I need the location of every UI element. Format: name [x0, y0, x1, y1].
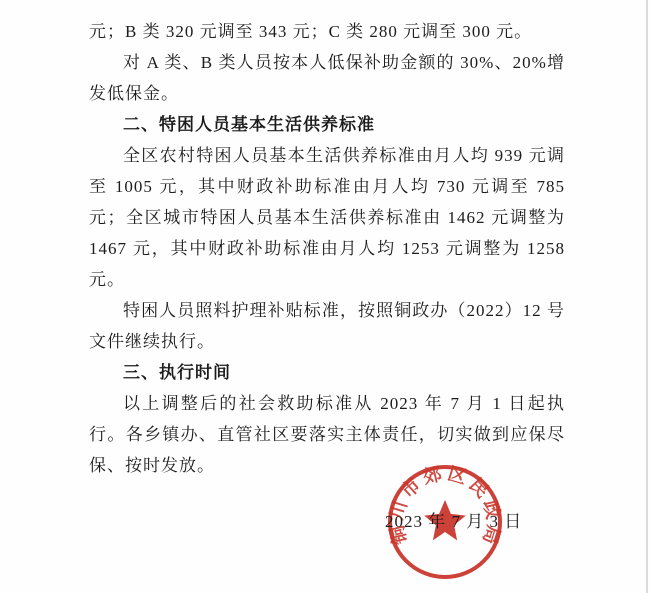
document-paragraph: 以上调整后的社会救助标准从 2023 年 7 月 1 日起执行。各乡镇办、直管社… — [89, 388, 565, 481]
page-edge-divider — [646, 0, 648, 593]
document-paragraph: 元；B 类 320 元调至 343 元；C 类 280 元调至 300 元。 — [89, 16, 565, 47]
section-heading: 二、特困人员基本生活供养标准 — [89, 109, 565, 140]
document-body: 元；B 类 320 元调至 343 元；C 类 280 元调至 300 元。对 … — [89, 16, 565, 481]
section-heading: 三、执行时间 — [89, 357, 565, 388]
document-page: 元；B 类 320 元调至 343 元；C 类 280 元调至 300 元。对 … — [0, 0, 651, 593]
document-date: 2023 年 7 月 3 日 — [385, 507, 522, 532]
document-paragraph: 特困人员照料护理补贴标准，按照铜政办（2022）12 号文件继续执行。 — [89, 295, 565, 357]
document-paragraph: 全区农村特困人员基本生活供养标准由月人均 939 元调至 1005 元，其中财政… — [89, 140, 565, 295]
document-paragraph: 对 A 类、B 类人员按本人低保补助金额的 30%、20%增发低保金。 — [89, 47, 565, 109]
